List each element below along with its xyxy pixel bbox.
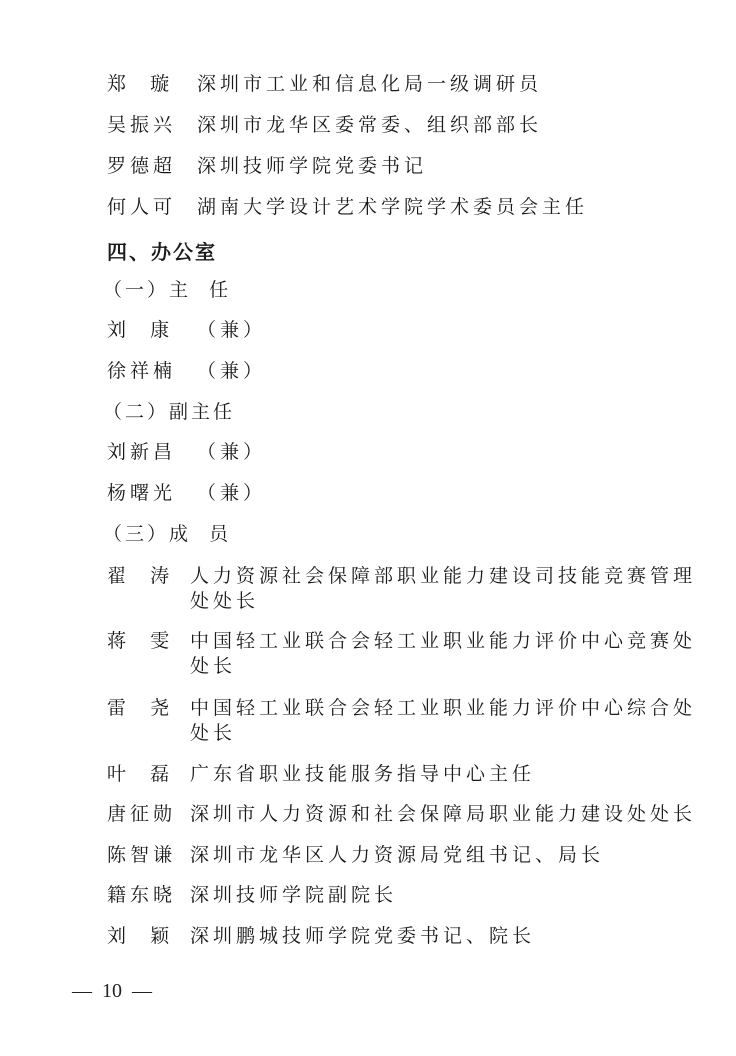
member-name: 刘 颖 [107, 924, 173, 948]
member-name: 翟 涛 [107, 564, 173, 588]
member-name: 罗德超 [107, 154, 176, 178]
subsection-label: （二）副主任 [103, 400, 235, 424]
member-title: 处长 [190, 721, 236, 745]
member-title: 处处长 [190, 589, 259, 613]
person-name: 刘新昌 [107, 440, 176, 464]
member-name: 吴振兴 [107, 113, 176, 137]
member-name: 郑 璇 [107, 72, 173, 96]
member-name: 叶 磊 [107, 762, 173, 786]
person-note: （兼） [197, 440, 266, 464]
person-note: （兼） [197, 318, 266, 342]
member-name: 蒋 雯 [107, 629, 173, 653]
member-title: 深圳市龙华区人力资源局党组书记、局长 [190, 843, 604, 867]
member-title: 湖南大学设计艺术学院学术委员会主任 [197, 195, 588, 219]
person-name: 刘 康 [107, 318, 173, 342]
member-name: 籍东晓 [107, 883, 176, 907]
member-title: 深圳技师学院副院长 [190, 883, 397, 907]
subsection-label: （三）成 员 [103, 522, 231, 546]
member-name: 何人可 [107, 195, 176, 219]
member-name: 唐征勋 [107, 802, 176, 826]
member-title: 人力资源社会保障部职业能力建设司技能竞赛管理 [190, 564, 696, 588]
person-name: 徐祥楠 [107, 359, 176, 383]
member-title: 深圳市人力资源和社会保障局职业能力建设处处长 [190, 802, 696, 826]
person-note: （兼） [197, 481, 266, 505]
member-title: 深圳市龙华区委常委、组织部部长 [197, 113, 542, 137]
member-title: 深圳市工业和信息化局一级调研员 [197, 72, 542, 96]
subsection-label: （一）主 任 [103, 278, 231, 302]
member-name: 雷 尧 [107, 696, 173, 720]
member-name: 陈智谦 [107, 843, 176, 867]
member-title: 广东省职业技能服务指导中心主任 [190, 762, 535, 786]
member-title: 深圳技师学院党委书记 [197, 154, 427, 178]
member-title: 中国轻工业联合会轻工业职业能力评价中心综合处 [190, 696, 696, 720]
section-heading-office: 四、办公室 [107, 236, 217, 265]
page-number: — 10 — [72, 980, 152, 1003]
member-title: 中国轻工业联合会轻工业职业能力评价中心竞赛处 [190, 629, 696, 653]
member-title: 处长 [190, 654, 236, 678]
person-note: （兼） [197, 359, 266, 383]
person-name: 杨曙光 [107, 481, 176, 505]
member-title: 深圳鹏城技师学院党委书记、院长 [190, 924, 535, 948]
